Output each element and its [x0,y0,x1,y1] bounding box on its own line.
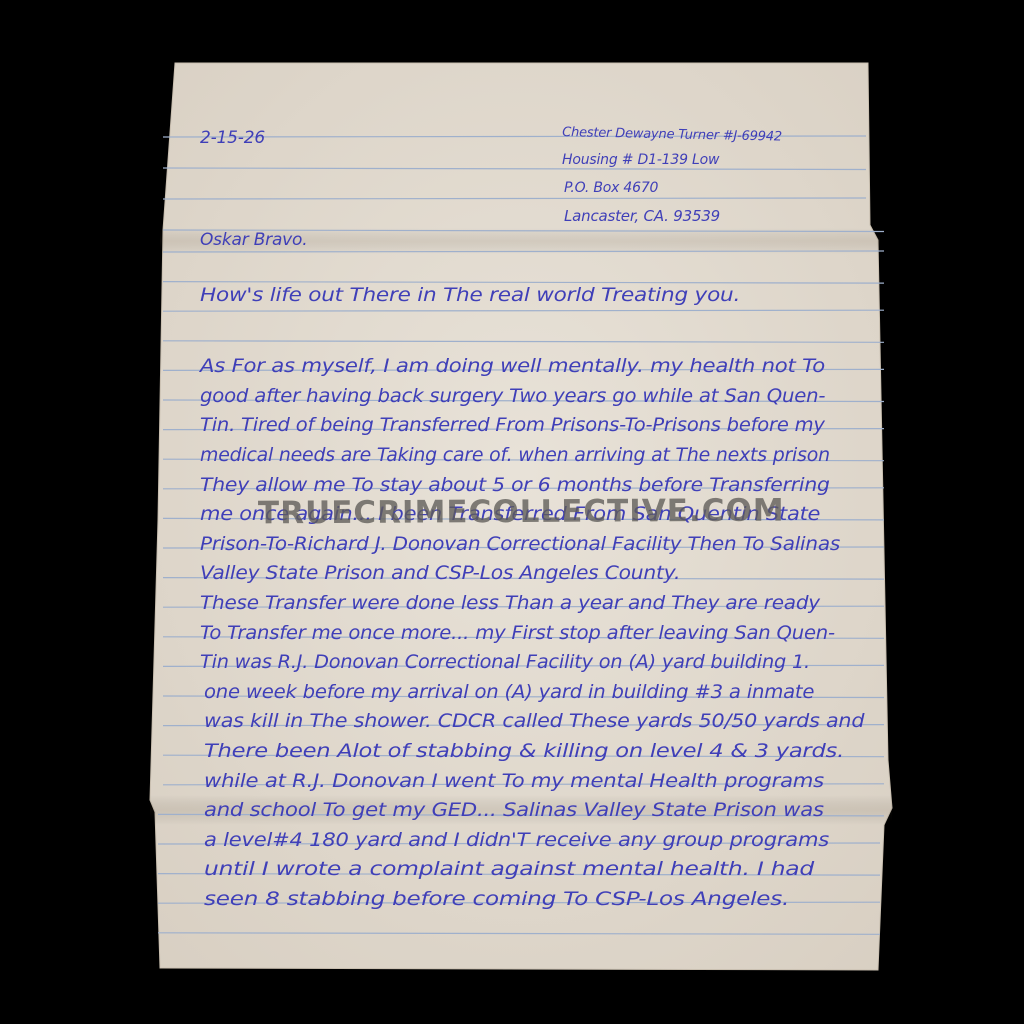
letter-body-line: Valley State Prison and CSP-Los Angeles … [200,562,680,584]
sender-housing: Housing # D1-139 Low [562,152,719,168]
letter-body-line: As For as myself, I am doing well mental… [200,355,825,377]
letter-body-line: good after having back surgery Two years… [200,385,825,407]
sender-city: Lancaster, CA. 93539 [564,207,720,225]
salutation: Oskar Bravo. [200,230,307,250]
letter-body-line: was kill in The shower. CDCR called Thes… [204,710,864,732]
letter-body-line: To Transfer me once more... my First sto… [200,622,835,644]
letter-body-line: Tin. Tired of being Transferred From Pri… [200,414,825,436]
letter-body-line: These Transfer were done less Than a yea… [200,592,820,614]
letter-date: 2-15-26 [200,128,265,148]
letter-body-line: a level#4 180 yard and I didn'T receive … [204,829,829,851]
letter-body-line: Prison-To-Richard J. Donovan Correctiona… [200,533,840,555]
letter-body-line: There been Alot of stabbing & killing on… [204,740,844,762]
letter-body-line: while at R.J. Donovan I went To my menta… [204,770,824,792]
photo-background: 2-15-26 Chester Dewayne Turner #J-69942 … [0,0,1024,1024]
letter-body-line: medical needs are Taking care of. when a… [200,444,830,466]
letter-body-line: until I wrote a complaint against mental… [204,858,814,880]
watermark: TRUECRIMECOLLECTIVE.COM [258,493,785,532]
letter-body-line: and school To get my GED... Salinas Vall… [204,799,824,821]
sender-po-box: P.O. Box 4670 [564,180,658,196]
letter-body-line: How's life out There in The real world T… [200,284,740,306]
letter-body-line: seen 8 stabbing before coming To CSP-Los… [204,888,789,910]
letter-body-line: one week before my arrival on (A) yard i… [204,681,814,703]
letter-body-line: Tin was R.J. Donovan Correctional Facili… [200,651,810,673]
